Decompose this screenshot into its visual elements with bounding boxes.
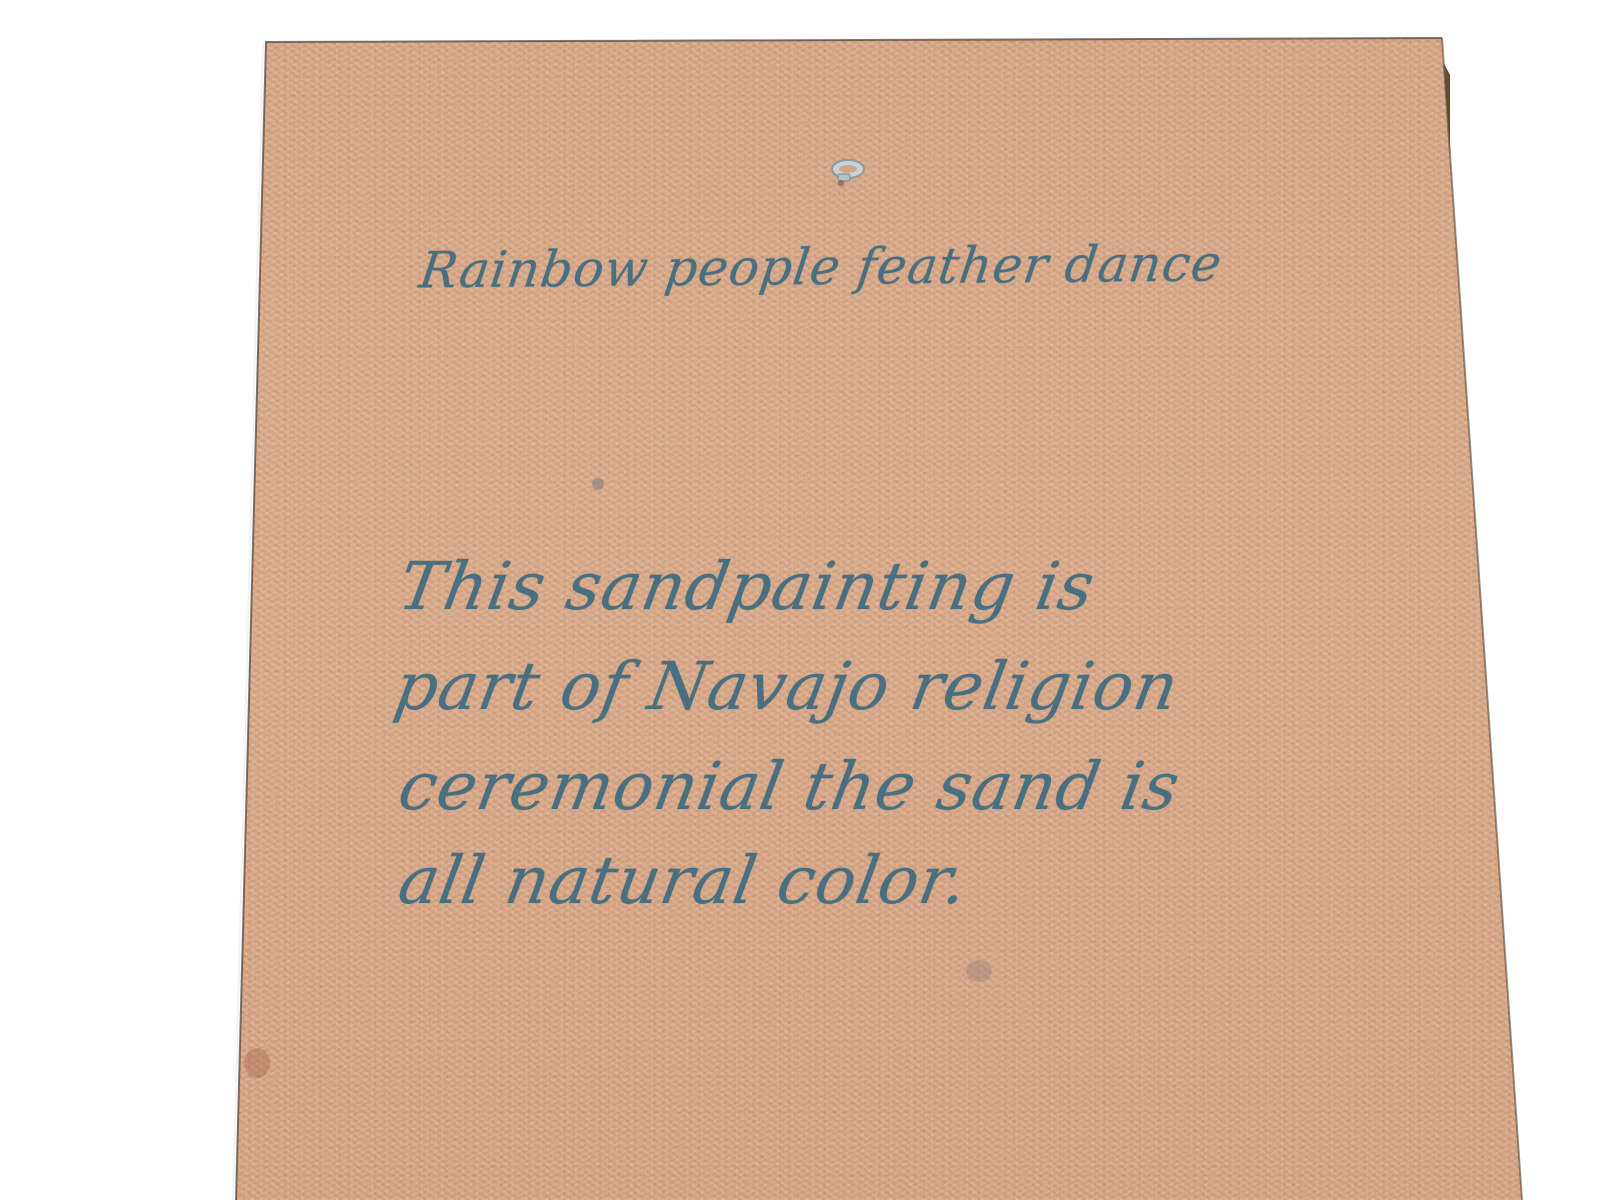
board-blemish <box>244 1048 270 1078</box>
handwritten-line: part of Navajo religion <box>389 648 1185 725</box>
handwritten-line: This sandpainting is <box>393 548 1101 625</box>
handwritten-line: all natural color. <box>393 842 974 919</box>
photo-scene: Rainbow people feather dance This sandpa… <box>0 0 1600 1200</box>
board-blemish <box>966 960 992 982</box>
handwritten-line: ceremonial the sand is <box>393 748 1186 825</box>
handwritten-title: Rainbow people feather dance <box>416 234 1226 299</box>
board-blemish <box>592 478 604 490</box>
screw-eye-hook-icon <box>826 158 866 188</box>
